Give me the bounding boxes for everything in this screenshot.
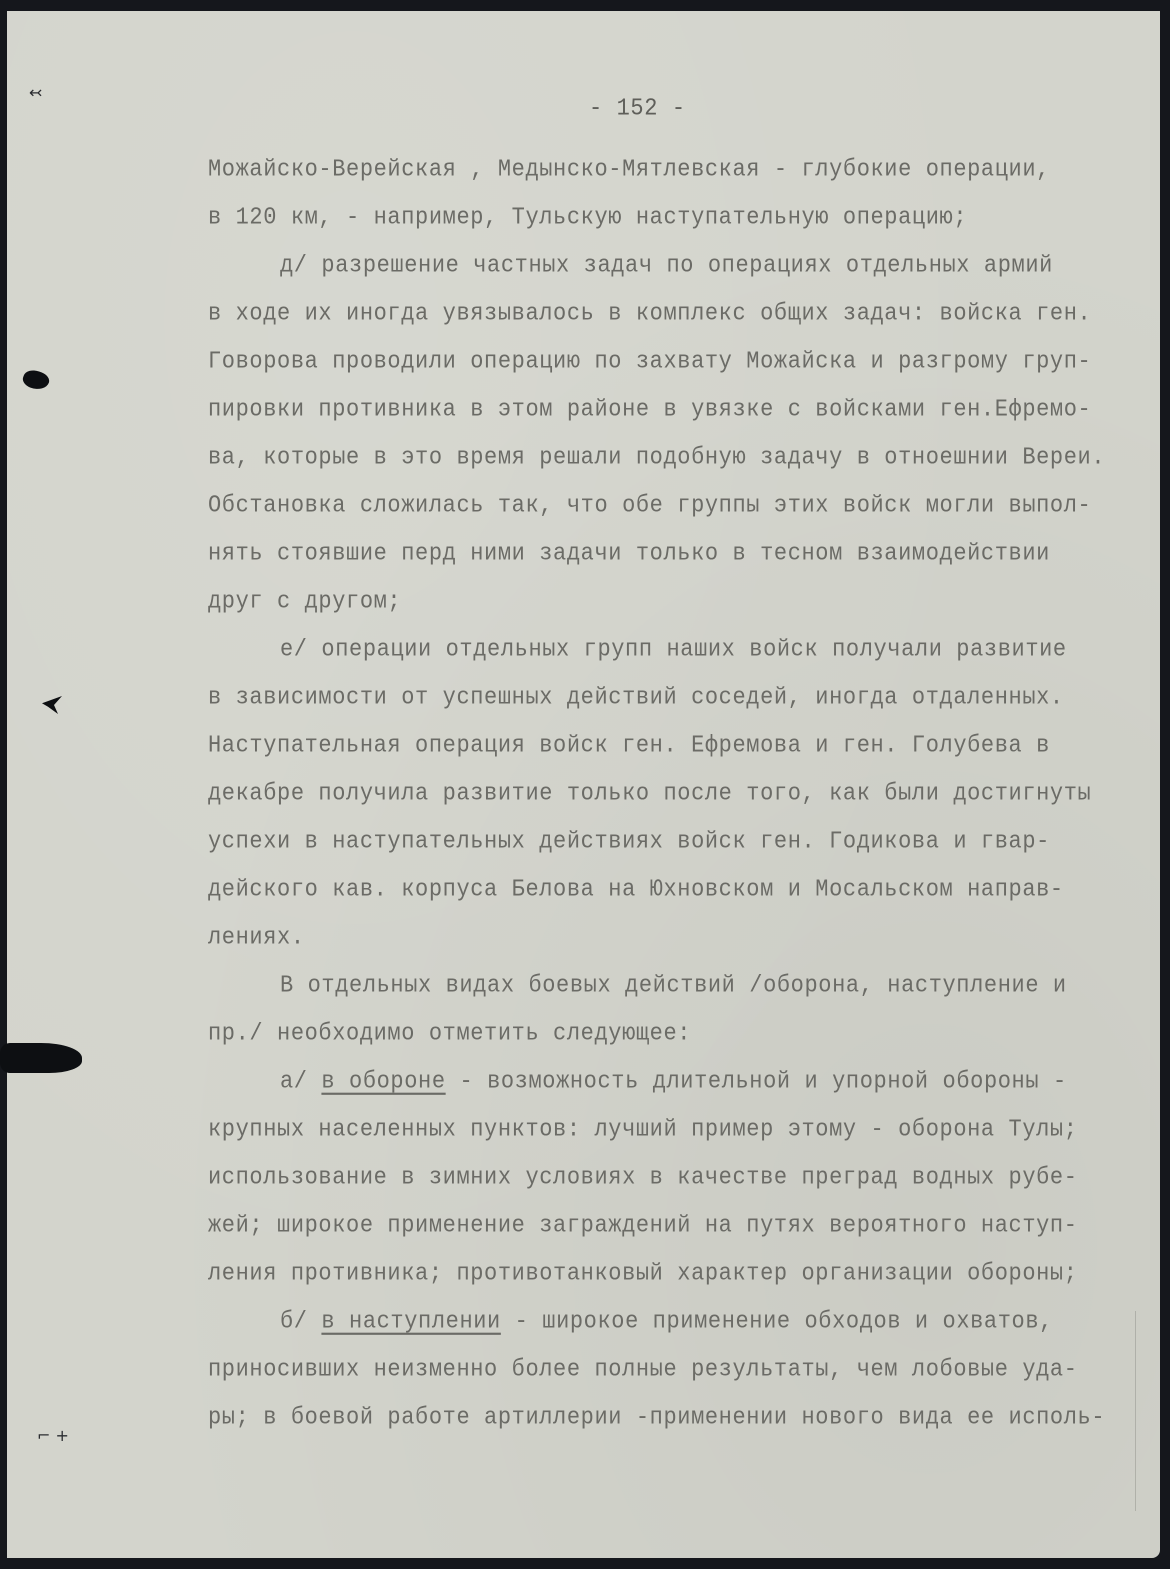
text-line: в 120 км, - например, Тульскую наступате… — [208, 206, 967, 230]
text-line: нять стоявшие перд ними задачи только в … — [208, 542, 1050, 566]
text-line: ры; в боевой работе артиллерии -применен… — [208, 1406, 1105, 1430]
text-line: д/ разрешение частных задач по операциях… — [280, 254, 1053, 278]
text-line: в ходе их иногда увязывалось в комплекс … — [208, 302, 1091, 326]
text-line: жей; широкое применение заграждений на п… — [208, 1214, 1078, 1238]
text-line: Говорова проводили операцию по захвату М… — [208, 350, 1091, 374]
underlined-heading: в обороне — [321, 1068, 445, 1095]
text-line: пр./ необходимо отметить следующее: — [208, 1022, 691, 1046]
list-marker: б/ — [280, 1308, 321, 1335]
text-line: крупных населенных пунктов: лучший приме… — [208, 1118, 1078, 1142]
text-line: успехи в наступательных действиях войск … — [208, 830, 1050, 854]
ink-blot — [42, 696, 62, 714]
paper-crease — [1135, 1311, 1136, 1511]
text-line: пировки противника в этом районе в увязк… — [208, 398, 1091, 422]
text-line: Наступательная операция войск ген. Ефрем… — [208, 734, 1050, 758]
text-line: декабре получила развитие только после т… — [208, 782, 1091, 806]
text-line: в зависимости от успешных действий сосед… — [208, 686, 1064, 710]
text-line: е/ операции отдельных групп наших войск … — [280, 638, 1067, 662]
text-line: б/ в наступлении - широкое применение об… — [280, 1310, 1053, 1334]
text-line: ва, которые в это время решали подобную … — [208, 446, 1105, 470]
ink-blot — [21, 367, 52, 393]
text-line: а/ в обороне - возможность длительной и … — [280, 1070, 1067, 1094]
line-text: - возможность длительной и упорной оборо… — [446, 1068, 1067, 1095]
margin-mark: ↢ — [29, 83, 42, 102]
text-line: использование в зимних условиях в качест… — [208, 1166, 1078, 1190]
text-line: дейского кав. корпуса Белова на Юхновско… — [208, 878, 1064, 902]
line-text: - широкое применение обходов и охватов, — [501, 1308, 1053, 1335]
text-line: В отдельных видах боевых действий /оборо… — [280, 974, 1067, 998]
text-line: Обстановка сложилась так, что обе группы… — [208, 494, 1091, 518]
text-line: лениях. — [208, 926, 305, 950]
document-page: ↢ ⌐ + - 152 - Можайско-Верейская , Медын… — [7, 11, 1160, 1558]
margin-mark: ⌐ + — [37, 1426, 69, 1445]
page-number: - 152 - — [589, 97, 686, 121]
text-line: друг с другом; — [208, 590, 401, 614]
text-line: Можайско-Верейская , Медынско-Мятлевская… — [208, 158, 1050, 182]
ink-blot — [0, 1043, 82, 1073]
text-line: ления противника; противотанковый характ… — [208, 1262, 1078, 1286]
underlined-heading: в наступлении — [321, 1308, 500, 1335]
list-marker: а/ — [280, 1068, 321, 1095]
text-line: приносивших неизменно более полные резул… — [208, 1358, 1078, 1382]
